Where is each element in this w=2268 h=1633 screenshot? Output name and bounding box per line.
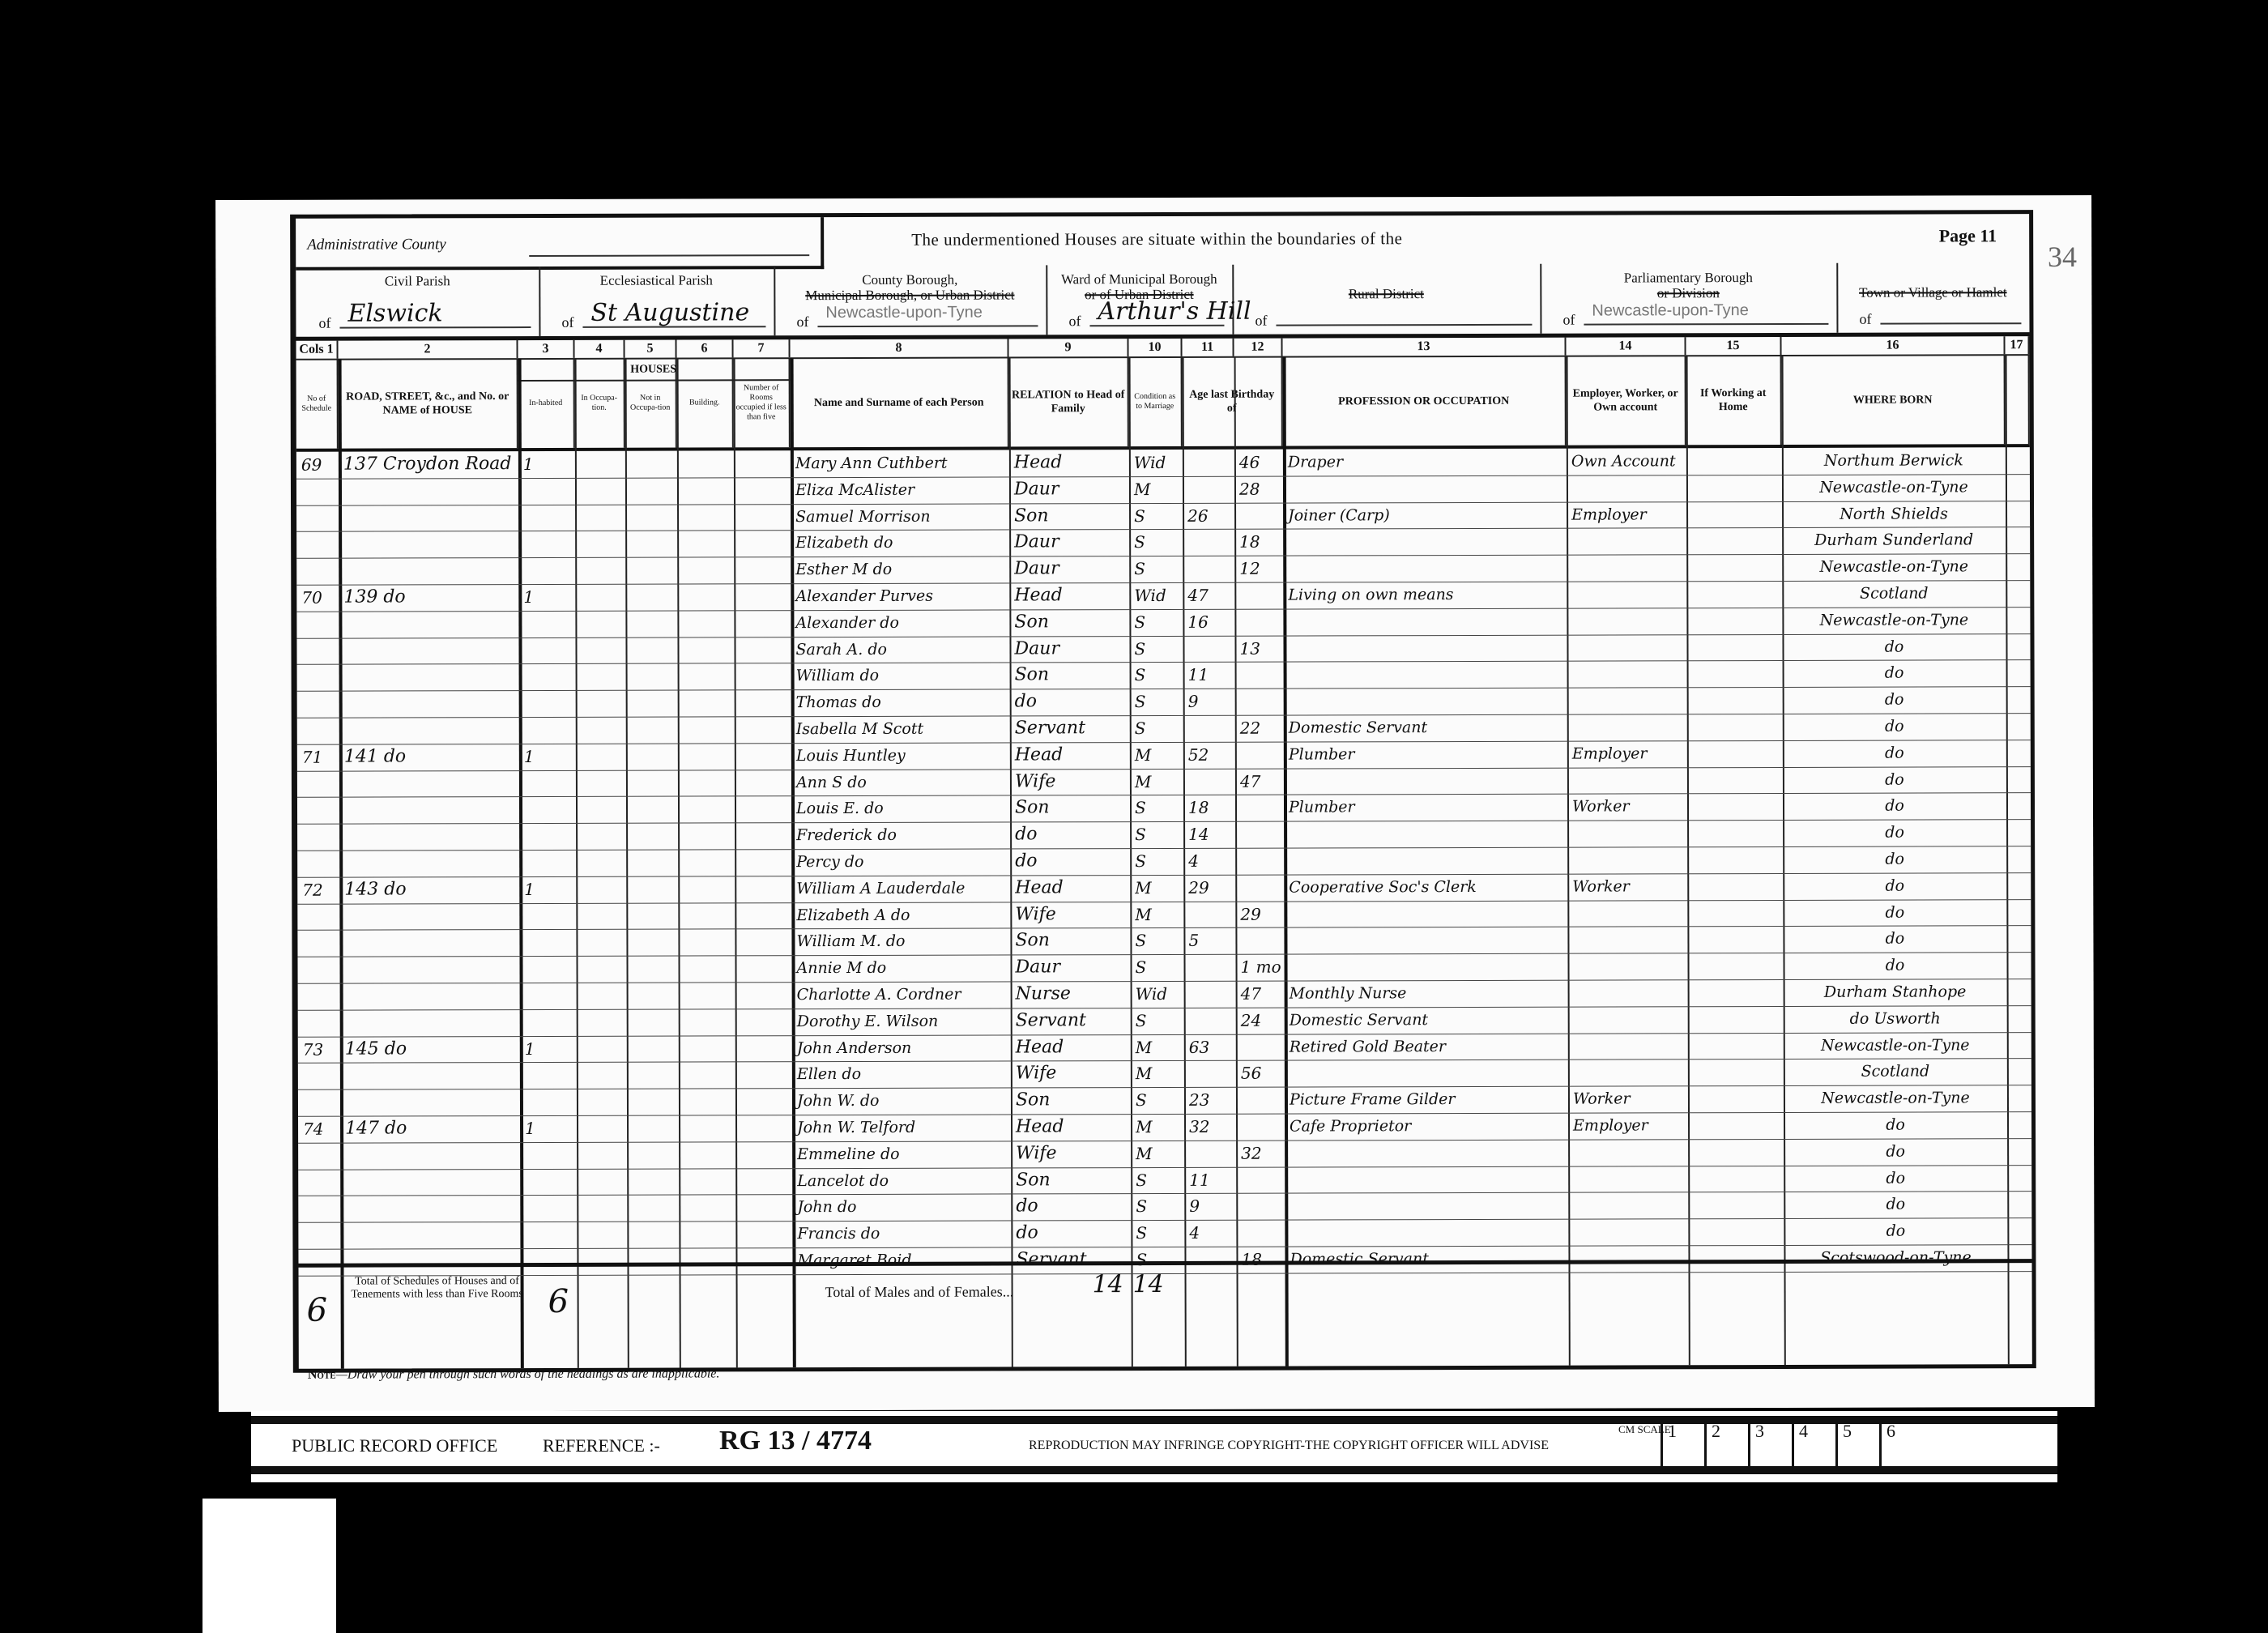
cell-born: do: [1784, 1111, 2007, 1139]
area-title-text: County Borough,: [862, 272, 957, 288]
cell-relation: Daur: [1010, 954, 1130, 981]
cell-name: Sarah A. do: [791, 636, 1009, 663]
cell-employer: Worker: [1567, 873, 1687, 900]
column-number: 4: [574, 340, 625, 358]
cell-condition: M: [1130, 902, 1183, 928]
cell-name: Louis Huntley: [791, 742, 1010, 770]
cell-born: do: [1783, 926, 2006, 953]
cell-relation: Son: [1010, 927, 1130, 954]
column-header: No of Schedule: [296, 360, 339, 449]
cell-born: do: [1783, 686, 2006, 714]
cell-road: 143 do: [339, 876, 519, 903]
area-title: Parliamentary Boroughor Division: [1540, 270, 1836, 301]
archive-office: PUBLIC RECORD OFFICE: [292, 1435, 497, 1456]
cell-born: North Shields: [1782, 501, 2006, 528]
page-number: Page 11: [1939, 225, 1997, 246]
cell-relation: Head: [1011, 1034, 1131, 1061]
cell-name: Elizabeth A do: [791, 902, 1010, 929]
cell-born: Durham Sunderland: [1782, 527, 2006, 555]
cell-female-age: 1 mo: [1235, 954, 1284, 981]
column-number: 8: [790, 339, 1008, 357]
cell-road: 141 do: [339, 744, 519, 770]
cell-relation: Head: [1009, 450, 1129, 476]
cell-condition: S: [1129, 529, 1183, 556]
cell-condition: S: [1130, 927, 1183, 954]
cell-relation: Servant: [1011, 1008, 1131, 1034]
cell-condition: S: [1129, 636, 1183, 663]
cell-relation: Nurse: [1011, 981, 1131, 1008]
cell-employer: Employer: [1567, 740, 1687, 767]
cell-born: Newcastle-on-Tyne: [1784, 1032, 2007, 1060]
scale-tick: 6: [1879, 1421, 1923, 1469]
column-number: 15: [1686, 337, 1781, 355]
area-value: [1276, 324, 1532, 326]
cell-name: Annie M do: [791, 955, 1010, 983]
cell-inhabited: 1: [518, 584, 575, 611]
cell-inhabited: 1: [520, 1115, 577, 1142]
cell-name: Elizabeth do: [791, 530, 1009, 557]
scale-tick: 2: [1704, 1421, 1748, 1469]
cell-born: do Usworth: [1784, 1005, 2007, 1033]
column-header: WHERE BORN: [1782, 355, 2006, 445]
blank-card: [202, 1499, 336, 1633]
cell-relation: Daur: [1009, 556, 1129, 582]
cell-condition: S: [1129, 503, 1183, 530]
cell-relation: Daur: [1009, 529, 1129, 556]
cell-name: Ann S do: [791, 769, 1010, 796]
area-6: Town or Village or Hamletof: [1836, 262, 2029, 333]
cell-male-age: 18: [1183, 795, 1235, 821]
cell-born: do: [1783, 819, 2006, 846]
cell-occupation: Joiner (Carp): [1283, 501, 1567, 529]
cell-relation: Wife: [1011, 1060, 1131, 1087]
cell-condition: S: [1130, 848, 1183, 875]
column-number: 9: [1008, 339, 1128, 356]
cell-relation: Head: [1010, 742, 1130, 769]
column-number: 11: [1182, 339, 1234, 356]
cell-inhabited: 1: [519, 744, 576, 770]
cell-relation: Son: [1010, 662, 1130, 689]
total-houses-inhabited: 6: [548, 1283, 569, 1320]
cm-scale: 123456: [1660, 1421, 1923, 1469]
cell-condition: Wid: [1129, 450, 1183, 476]
preamble-text: The undermentioned Houses are situate wi…: [911, 228, 1402, 250]
cell-condition: M: [1130, 875, 1183, 902]
cell-relation: Wife: [1010, 902, 1130, 928]
column-header: [2006, 355, 2030, 444]
column-number: 17: [2005, 336, 2029, 354]
cell-condition: S: [1129, 556, 1183, 582]
area-3: Ward of Municipal Boroughor of Urban Dis…: [1046, 265, 1234, 335]
cell-name: Esther M do: [791, 556, 1009, 584]
cell-female-age: 32: [1236, 1140, 1285, 1166]
column-number: Cols 1: [296, 341, 339, 359]
cell-occupation: Domestic Servant: [1285, 1006, 1568, 1034]
cell-relation: do: [1010, 848, 1130, 875]
houses-group-header: HOUSES: [518, 358, 791, 382]
cell-born: do: [1784, 1192, 2007, 1219]
cell-occupation: Retired Gold Beater: [1285, 1033, 1568, 1060]
cell-name: John Anderson: [792, 1034, 1011, 1062]
of-label: of: [796, 313, 808, 330]
area-title-struck: Town or Village or Hamlet: [1859, 284, 2007, 300]
cell-condition: S: [1129, 609, 1183, 636]
cell-male-age: 14: [1183, 821, 1235, 848]
column-number: 5: [625, 340, 676, 358]
cell-relation: Head: [1009, 582, 1129, 609]
cell-male-age: 26: [1183, 502, 1234, 529]
area-5: Parliamentary Boroughor DivisionofNewcas…: [1540, 263, 1838, 334]
cell-relation: Head: [1011, 1114, 1131, 1141]
cell-condition: M: [1130, 769, 1183, 795]
cell-female-age: 18: [1234, 529, 1283, 556]
cell-name: Thomas do: [791, 689, 1010, 717]
cell-condition: Wid: [1129, 582, 1183, 609]
cell-condition: S: [1130, 689, 1183, 715]
cell-occupation: Plumber: [1284, 740, 1567, 768]
column-number: 12: [1234, 339, 1282, 356]
cell-name: Francis do: [792, 1221, 1011, 1248]
cell-inhabited: 1: [520, 1035, 577, 1062]
cell-employer: Own Account: [1567, 448, 1686, 475]
cell-female-age: 47: [1235, 768, 1284, 795]
cell-female-age: 46: [1234, 450, 1283, 476]
note-text: —Draw your pen through such words of the…: [336, 1367, 720, 1381]
cell-occupation: Cafe Proprietor: [1285, 1113, 1568, 1141]
area-title: Town or Village or Hamlet: [1836, 269, 2029, 301]
column-number: 10: [1128, 339, 1182, 356]
cell-schedule: 69: [296, 452, 339, 479]
column-headers: No of ScheduleROAD, STREET, &c., and No.…: [296, 355, 2030, 452]
cell-female-age: 29: [1235, 901, 1284, 927]
area-4: Rural Districtof: [1232, 264, 1541, 335]
cell-condition: S: [1130, 954, 1183, 981]
cell-born: Durham Stanhope: [1784, 979, 2007, 1006]
cell-born: Scotland: [1784, 1059, 2007, 1086]
cell-male-age: 4: [1184, 1220, 1236, 1247]
area-title-text: Ecclesiastical Parish: [600, 272, 713, 288]
area-title: Ecclesiastical Parish: [539, 272, 774, 288]
cell-condition: Wid: [1131, 981, 1184, 1008]
column-header: Age last Birthday of: [1183, 357, 1283, 446]
area-title-text: Ward of Municipal Borough: [1061, 271, 1217, 288]
column-header: Name and Surname of each Person: [791, 357, 1009, 447]
cell-male-age: 11: [1183, 662, 1235, 689]
cell-employer: Worker: [1567, 794, 1687, 821]
scale-tick: 1: [1660, 1421, 1704, 1469]
cell-condition: S: [1131, 1193, 1184, 1220]
cell-employer: Employer: [1568, 1112, 1688, 1139]
cell-condition: S: [1130, 662, 1183, 689]
cell-male-age: 47: [1183, 582, 1234, 609]
cell-born: do: [1783, 766, 2006, 794]
cell-name: Mary Ann Cuthbert: [791, 450, 1009, 477]
reference-label: REFERENCE :-: [543, 1435, 660, 1456]
cell-name: Samuel Morrison: [791, 503, 1009, 531]
cell-born: do: [1783, 660, 2006, 688]
cell-schedule: 72: [297, 876, 339, 903]
margin-folio-number: 34: [2048, 240, 2077, 274]
cell-road: 139 do: [339, 584, 518, 611]
area-title: Rural District: [1232, 271, 1540, 302]
administrative-county-box: Administrative County: [296, 217, 824, 271]
cell-condition: M: [1130, 742, 1183, 769]
cell-condition: M: [1131, 1060, 1184, 1087]
cell-name: John do: [792, 1194, 1011, 1222]
column-number: 14: [1566, 337, 1686, 355]
cell-name: Ellen do: [792, 1061, 1011, 1089]
cell-employer: Worker: [1568, 1085, 1688, 1112]
column-number: 2: [339, 340, 518, 359]
cell-born: do: [1783, 952, 2006, 979]
cell-male-age: 52: [1183, 742, 1235, 769]
area-1: Ecclesiastical ParishofSt Augustine: [539, 266, 775, 336]
cell-born: do: [1783, 846, 2006, 873]
cell-born: Northum Berwick: [1782, 447, 2006, 475]
cell-condition: S: [1130, 715, 1183, 742]
cell-born: do: [1783, 713, 2006, 740]
cell-name: Percy do: [791, 848, 1010, 876]
column-number: 6: [676, 339, 733, 357]
cell-female-age: 22: [1235, 715, 1284, 742]
of-label: of: [1562, 312, 1575, 329]
cell-relation: do: [1011, 1193, 1131, 1220]
cell-condition: S: [1131, 1167, 1184, 1194]
cell-occupation: Domestic Servant: [1284, 714, 1567, 742]
column-number: 7: [733, 339, 790, 357]
form-header: Administrative County The undermentioned…: [296, 214, 2029, 267]
cell-born: do: [1784, 1217, 2007, 1245]
of-label: of: [318, 315, 330, 332]
cell-relation: Daur: [1009, 476, 1129, 503]
total-males: 14: [1093, 1270, 1123, 1298]
cell-name: John W. do: [792, 1088, 1011, 1115]
column-number: 13: [1282, 338, 1566, 356]
cell-name: Louis E. do: [791, 795, 1010, 823]
total-males-females-label: Total of Males and of Females...: [825, 1283, 1014, 1301]
area-value: Arthur's Hill: [1089, 299, 1224, 326]
census-page: Administrative County The undermentioned…: [215, 195, 2095, 1412]
column-header: If Working at Home: [1686, 356, 1782, 445]
cell-born: Newcastle-on-Tyne: [1784, 1085, 2007, 1112]
cell-born: do: [1783, 740, 2006, 767]
cell-schedule: 71: [297, 744, 339, 770]
census-form: Administrative County The undermentioned…: [290, 210, 2036, 1373]
column-header: Condition as to Marriage: [1129, 357, 1183, 446]
cell-name: Dorothy E. Wilson: [792, 1008, 1011, 1035]
cell-name: Emmeline do: [792, 1141, 1011, 1168]
cell-condition: M: [1129, 476, 1183, 503]
cell-born: do: [1784, 1165, 2007, 1192]
form-note: Note—Draw your pen through such words of…: [308, 1367, 720, 1382]
cell-male-age: 9: [1184, 1193, 1236, 1220]
cell-female-age: 24: [1236, 1007, 1285, 1034]
cell-female-age: 28: [1234, 475, 1283, 502]
cell-name: William M. do: [791, 928, 1010, 956]
administrative-county-field: [529, 254, 809, 257]
area-boundaries: Civil ParishofElswickEcclesiastical Pari…: [296, 262, 2029, 341]
cell-female-age: 12: [1234, 556, 1283, 582]
cell-occupation: Cooperative Soc's Clerk: [1284, 873, 1567, 901]
cell-road: 145 do: [340, 1036, 520, 1063]
cell-condition: S: [1131, 1220, 1184, 1247]
cell-relation: Son: [1009, 609, 1129, 636]
cell-born: do: [1783, 793, 2006, 821]
scale-tick: 3: [1748, 1421, 1792, 1469]
cell-male-age: 32: [1184, 1114, 1236, 1141]
of-label: of: [1068, 313, 1081, 330]
cell-inhabited: 1: [518, 451, 575, 478]
cell-name: Alexander do: [791, 609, 1009, 637]
area-title: Civil Parish: [296, 273, 539, 289]
cell-relation: do: [1010, 689, 1130, 715]
total-schedules-label: Total of Schedules of Houses and of Tene…: [349, 1275, 526, 1302]
cell-road: 147 do: [340, 1115, 520, 1142]
cell-condition: S: [1131, 1008, 1184, 1034]
area-value: St Augustine: [582, 300, 765, 328]
column-header: Employer, Worker, or Own account: [1567, 356, 1686, 445]
of-label: of: [1255, 313, 1267, 330]
column-header: RELATION to Head of Family: [1009, 357, 1129, 446]
cell-born: do: [1783, 899, 2006, 927]
administrative-county-label: Administrative County: [307, 236, 446, 254]
scale-tick: 4: [1792, 1421, 1835, 1469]
area-value: Newcastle-upon-Tyne: [817, 299, 1038, 327]
cell-relation: Daur: [1009, 636, 1129, 663]
area-title-struck: Rural District: [1349, 286, 1424, 301]
cell-female-age: 56: [1236, 1060, 1285, 1087]
cell-occupation: Draper: [1283, 449, 1567, 476]
area-0: Civil ParishofElswick: [296, 266, 540, 337]
cell-born: do: [1782, 633, 2006, 661]
scale-tick: 5: [1835, 1421, 1879, 1469]
cell-relation: Servant: [1010, 715, 1130, 742]
cell-condition: M: [1131, 1114, 1184, 1141]
cell-relation: Son: [1011, 1087, 1131, 1114]
cell-inhabited: 1: [519, 876, 576, 903]
cell-occupation: Picture Frame Gilder: [1285, 1086, 1568, 1114]
total-schedules-count: 6: [307, 1292, 328, 1329]
cell-male-age: 16: [1183, 609, 1234, 636]
cell-relation: Son: [1009, 503, 1129, 530]
cell-relation: Son: [1011, 1167, 1131, 1194]
cell-occupation: Plumber: [1284, 794, 1567, 821]
cell-born: Newcastle-on-Tyne: [1782, 474, 2006, 501]
cell-name: Isabella M Scott: [791, 715, 1010, 743]
column-header: ROAD, STREET, &c., and No. or NAME of HO…: [339, 359, 518, 449]
total-females: 14: [1133, 1270, 1164, 1298]
cell-condition: M: [1131, 1141, 1184, 1167]
reference-number: RG 13 / 4774: [719, 1426, 872, 1456]
cell-male-age: 9: [1183, 689, 1235, 715]
cell-male-age: 63: [1184, 1034, 1236, 1060]
cell-occupation: Monthly Nurse: [1285, 980, 1568, 1008]
cell-name: Lancelot do: [792, 1167, 1011, 1195]
cell-relation: do: [1010, 821, 1130, 848]
cell-male-age: 29: [1183, 875, 1235, 902]
cell-condition: S: [1130, 821, 1183, 848]
cell-condition: S: [1130, 795, 1183, 821]
copyright-notice: REPRODUCTION MAY INFRINGE COPYRIGHT-THE …: [1029, 1439, 1549, 1453]
area-title: County Borough,Municipal Borough, or Urb…: [774, 271, 1046, 303]
cell-born: do: [1783, 872, 2006, 900]
cell-male-age: 4: [1183, 848, 1235, 875]
cell-relation: Son: [1010, 795, 1130, 821]
cell-relation: do: [1011, 1220, 1131, 1247]
cell-name: Eliza McAlister: [791, 476, 1009, 504]
area-title-text: Parliamentary Borough: [1624, 270, 1753, 285]
column-header: PROFESSION OR OCCUPATION: [1283, 356, 1567, 446]
cell-relation: Wife: [1010, 769, 1130, 795]
cell-condition: S: [1131, 1087, 1184, 1114]
cell-name: Frederick do: [791, 822, 1010, 850]
cell-born: Scotland: [1782, 580, 2006, 608]
area-value: Elswick: [339, 301, 531, 329]
cell-schedule: 73: [298, 1036, 340, 1063]
cell-road: 137 Croydon Road: [339, 451, 518, 478]
cell-name: William do: [791, 663, 1010, 690]
cell-condition: M: [1131, 1034, 1184, 1061]
column-number: 16: [1781, 336, 2005, 355]
area-value: [1880, 322, 2021, 324]
cell-male-age: 23: [1184, 1087, 1236, 1114]
cell-female-age: 47: [1236, 981, 1285, 1008]
note-prefix: Note: [308, 1368, 336, 1382]
totals-row: 6 Total of Schedules of Houses and of Te…: [298, 1259, 2031, 1367]
area-2: County Borough,Municipal Borough, or Urb…: [774, 265, 1047, 335]
cell-schedule: 74: [298, 1116, 340, 1143]
cell-born: Newcastle-on-Tyne: [1782, 553, 2006, 581]
of-label: of: [561, 314, 573, 331]
cell-born: do: [1784, 1138, 2007, 1166]
cell-employer: Employer: [1567, 501, 1686, 528]
cell-name: William A Lauderdale: [791, 875, 1010, 902]
cell-relation: Wife: [1011, 1141, 1131, 1167]
area-title-text: Civil Parish: [385, 273, 450, 288]
cell-born: Newcastle-on-Tyne: [1782, 607, 2006, 634]
cell-male-age: 11: [1184, 1166, 1236, 1193]
cell-name: Charlotte A. Cordner: [792, 981, 1011, 1008]
cell-name: Alexander Purves: [791, 582, 1009, 610]
cell-relation: Head: [1010, 875, 1130, 902]
cell-name: John W. Telford: [792, 1114, 1011, 1141]
of-label: of: [1859, 311, 1871, 328]
area-value: Newcastle-upon-Tyne: [1584, 297, 1828, 326]
cell-occupation: Living on own means: [1283, 582, 1567, 609]
cell-male-age: 5: [1183, 927, 1235, 954]
column-number: 3: [518, 340, 574, 358]
cell-female-age: 13: [1234, 635, 1283, 662]
cell-schedule: 70: [296, 585, 339, 612]
archive-reference-strip: PUBLIC RECORD OFFICE REFERENCE :- RG 13 …: [251, 1411, 2057, 1482]
